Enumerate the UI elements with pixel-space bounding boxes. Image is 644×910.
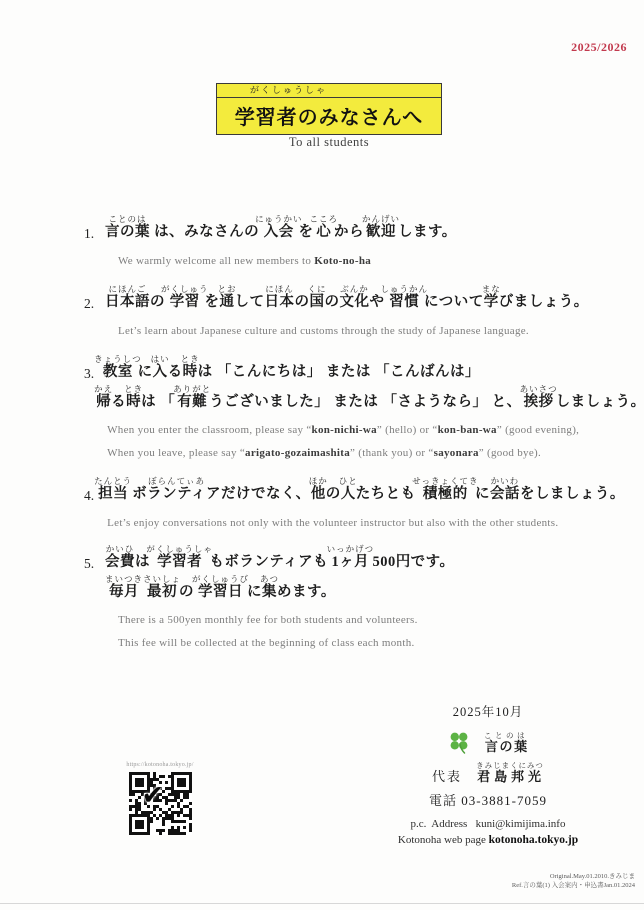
footer-contact-block: 2025年10月 言の葉ことのは 代表 君島きみじま邦光くにみつ 電話 03-3… xyxy=(368,702,608,846)
english-line: When you enter the classroom, please say… xyxy=(107,419,644,442)
japanese-line: 会費かいひは学習者がくしゅうしゃもボランティアも1ヶ月いっかげつ500円です。 xyxy=(105,544,624,570)
title-furigana: がくしゅうしゃ xyxy=(217,84,441,98)
japanese-line: 帰かえる時ときは 「有難ありがとうございました」 または 「さようなら」 と、挨… xyxy=(94,384,644,410)
checkmark-icon: ✔ xyxy=(142,780,165,811)
english-line: Let’s enjoy conversations not only with … xyxy=(107,512,625,535)
clover-icon xyxy=(448,730,470,754)
list-item-5: 5. 会費かいひは学習者がくしゅうしゃもボランティアも1ヶ月いっかげつ500円で… xyxy=(84,544,624,655)
phone-label: 電話 xyxy=(429,793,457,808)
email-line: p.c. Address kuni@kimijima.info xyxy=(368,818,608,830)
credit-line-1: Original.May.01.2010.きみじま xyxy=(512,873,635,882)
list-item-4: 4. 担当たんとうボランティアぼらんてぃあだけでなく、他ほかの人ひとたちとも積極… xyxy=(84,476,624,535)
english-line: There is a 500yen monthly fee for both s… xyxy=(118,609,624,632)
list-item-1: 1. 言の葉ことのは は、みなさんの入会にゅうかいを心こころから歓迎かんげいしま… xyxy=(84,214,624,273)
japanese-line: 言の葉ことのは は、みなさんの入会にゅうかいを心こころから歓迎かんげいします。 xyxy=(105,214,624,240)
phone-number: 03-3881-7059 xyxy=(461,793,547,808)
webpage-line: Kotonoha web page kotonoha.tokyo.jp xyxy=(368,834,608,846)
item-number: 1. xyxy=(84,214,105,273)
credit-line-2: Ref.言の葉(1) 入会案内・申込書Jan.01.2024 xyxy=(512,882,635,891)
scan-bottom-edge xyxy=(0,903,644,904)
item-number: 4. xyxy=(84,476,94,535)
item-number: 3. xyxy=(84,354,94,465)
english-line: We warmly welcome all new members to Kot… xyxy=(118,250,624,273)
item-number: 2. xyxy=(84,284,105,343)
school-year-label: 2025/2026 xyxy=(571,40,627,55)
list-item-3: 3. 教室きょうしつに入はいる時ときは 「こんにちは」 または 「こんばんは」 … xyxy=(84,354,624,465)
item-number: 5. xyxy=(84,544,105,655)
document-credits: Original.May.01.2010.きみじま Ref.言の葉(1) 入会案… xyxy=(512,873,635,890)
japanese-line: 毎月まいつき最初さいしょの学習日がくしゅうびに集あつめます。 xyxy=(105,574,624,600)
document-page: 2025/2026 がくしゅうしゃ 学習者のみなさんへ To all stude… xyxy=(0,0,644,910)
english-line: This fee will be collected at the beginn… xyxy=(118,632,624,655)
english-line: Let’s learn about Japanese culture and c… xyxy=(118,320,624,343)
japanese-line: 日本語にほんごの学習がくしゅうを通とおして日本にほんの国くにの文化ぶんかや習慣し… xyxy=(105,284,624,310)
japanese-line: 教室きょうしつに入はいる時ときは 「こんにちは」 または 「こんばんは」 xyxy=(94,354,644,380)
footer-date: 2025年10月 xyxy=(368,702,608,720)
qr-block: https://kotonoha.tokyo.jp/ ✔ xyxy=(124,761,196,835)
title-box: がくしゅうしゃ 学習者のみなさんへ xyxy=(216,83,442,135)
representative-line: 代表 君島きみじま邦光くにみつ xyxy=(368,761,608,783)
organization-name: 言の葉ことのは xyxy=(484,731,528,753)
page-title: 学習者のみなさんへ xyxy=(217,98,441,134)
page-subtitle: To all students xyxy=(216,135,442,150)
qr-code: ✔ xyxy=(129,772,192,835)
english-line: When you leave, please say “arigato-goza… xyxy=(107,442,644,465)
qr-caption-url: https://kotonoha.tokyo.jp/ xyxy=(124,761,196,769)
list-item-2: 2. 日本語にほんごの学習がくしゅうを通とおして日本にほんの国くにの文化ぶんかや… xyxy=(84,284,624,343)
phone-line: 電話 03-3881-7059 xyxy=(368,790,608,809)
japanese-line: 担当たんとうボランティアぼらんてぃあだけでなく、他ほかの人ひとたちとも積極的せっ… xyxy=(94,476,625,502)
